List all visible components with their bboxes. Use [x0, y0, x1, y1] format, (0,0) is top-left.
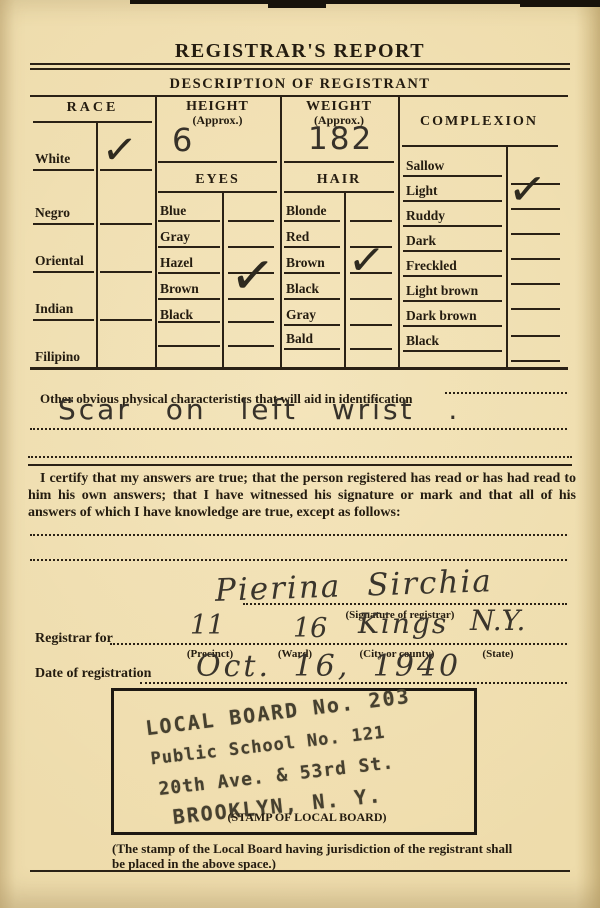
cell-underline — [228, 220, 274, 222]
race-option-oriental: Oriental — [35, 253, 84, 269]
cell-underline — [33, 271, 94, 273]
hair-option-blonde: Blonde — [286, 203, 327, 219]
page-title: REGISTRAR'S REPORT — [0, 40, 600, 63]
cell-underline — [350, 298, 392, 300]
height-value: 6 — [172, 124, 192, 156]
hair-option-gray: Gray — [286, 307, 316, 323]
complexion-option-ruddy: Ruddy — [406, 208, 445, 224]
table-rule — [30, 367, 568, 370]
cell-underline — [511, 258, 560, 260]
table-rule — [158, 191, 277, 193]
table-rule — [284, 161, 394, 163]
table-divider — [280, 95, 282, 369]
cell-underline — [511, 233, 560, 235]
certification-text: I certify that my answers are true; that… — [28, 470, 576, 521]
cell-underline — [403, 350, 502, 352]
checkmark-hair-brown: ✓ — [346, 242, 386, 279]
registrar-signature: Pierina Sirchia — [215, 566, 494, 607]
cell-underline — [403, 275, 502, 277]
cell-underline — [284, 220, 340, 222]
cell-underline — [350, 324, 392, 326]
section-title: DESCRIPTION OF REGISTRANT — [0, 76, 600, 93]
cell-underline — [350, 348, 392, 350]
dotted-separator — [28, 456, 572, 458]
complexion-option-freckled: Freckled — [406, 258, 457, 274]
cell-underline — [228, 321, 274, 323]
dotted-filler — [445, 392, 567, 394]
rule — [28, 464, 572, 466]
other-characteristics-value: Scar on left wrist . — [58, 396, 460, 424]
table-divider — [506, 147, 508, 369]
state-caption: (State) — [468, 648, 528, 660]
complexion-option-light-brown: Light brown — [406, 283, 478, 299]
race-header: RACE — [30, 100, 155, 116]
checkmark-complexion-light: ✓ — [506, 170, 548, 208]
cell-underline — [511, 360, 560, 362]
hair-option-black: Black — [286, 281, 319, 297]
hair-option-brown: Brown — [286, 255, 325, 271]
eyes-option-hazel: Hazel — [160, 255, 193, 271]
complexion-option-black: Black — [406, 333, 439, 349]
complexion-option-dark: Dark — [406, 233, 436, 249]
eyes-option-brown: Brown — [160, 281, 199, 297]
race-option-indian: Indian — [35, 301, 73, 317]
stamp-caption: (STAMP OF LOCAL BOARD) — [212, 810, 402, 825]
cell-underline — [284, 298, 340, 300]
city-value: Kings — [358, 610, 448, 638]
cell-underline — [511, 283, 560, 285]
state-value: N.Y. — [470, 607, 525, 635]
eyes-option-gray: Gray — [160, 229, 190, 245]
registrar-for-label: Registrar for — [35, 631, 113, 647]
bottom-rule — [30, 870, 570, 872]
cell-underline — [403, 325, 502, 327]
rule — [30, 63, 570, 65]
table-divider — [222, 193, 224, 369]
checkmark-race-white: ✓ — [100, 132, 138, 167]
cell-underline — [158, 246, 220, 248]
scan-edge-corner — [520, 0, 600, 7]
date-of-registration-value: Oct. 16, 1940 — [196, 652, 461, 682]
cell-underline — [33, 223, 94, 225]
race-option-negro: Negro — [35, 205, 70, 221]
complexion-header: COMPLEXION — [398, 114, 560, 130]
hair-option-bald: Bald — [286, 331, 313, 347]
table-rule — [158, 161, 277, 163]
table-divider — [96, 121, 98, 369]
cell-underline — [284, 348, 340, 350]
complexion-option-light: Light — [406, 183, 438, 199]
table-rule — [33, 121, 152, 123]
cell-underline — [284, 272, 340, 274]
footer-note: (The stamp of the Local Board having jur… — [112, 841, 514, 871]
cell-underline — [403, 225, 502, 227]
dotted-writing-line — [30, 534, 567, 536]
table-rule — [30, 95, 568, 97]
cell-underline — [158, 272, 220, 274]
cell-underline — [158, 345, 220, 347]
dotted-writing-line — [30, 428, 567, 430]
complexion-option-sallow: Sallow — [406, 158, 444, 174]
hair-option-red: Red — [286, 229, 309, 245]
table-rule — [402, 145, 558, 147]
eyes-option-blue: Blue — [160, 203, 186, 219]
dotted-writing-line — [30, 559, 567, 561]
cell-underline — [100, 271, 152, 273]
cell-underline — [403, 200, 502, 202]
scan-edge-blob — [268, 0, 326, 8]
rule — [30, 68, 570, 70]
race-option-white: White — [35, 151, 70, 167]
weight-value: 182 — [308, 124, 373, 155]
cell-underline — [158, 298, 220, 300]
cell-underline — [511, 335, 560, 337]
cell-underline — [403, 300, 502, 302]
cell-underline — [284, 324, 340, 326]
cell-underline — [100, 319, 152, 321]
registrar-report-card: REGISTRAR'S REPORT DESCRIPTION OF REGIST… — [0, 0, 600, 908]
race-option-filipino: Filipino — [35, 349, 80, 365]
ward-value: 16 — [293, 615, 327, 642]
cell-underline — [158, 321, 220, 323]
cell-underline — [33, 169, 94, 171]
eyes-header: EYES — [155, 172, 280, 188]
cell-underline — [511, 308, 560, 310]
hair-header: HAIR — [280, 172, 398, 188]
cell-underline — [284, 246, 340, 248]
cell-underline — [33, 319, 94, 321]
cell-underline — [350, 220, 392, 222]
precinct-value: 11 — [190, 612, 224, 639]
complexion-option-dark-brown: Dark brown — [406, 308, 477, 324]
cell-underline — [158, 220, 220, 222]
table-rule — [284, 191, 394, 193]
checkmark-eyes-brown: ✓ — [228, 254, 277, 299]
dotted-writing-line — [110, 643, 567, 645]
cell-underline — [403, 250, 502, 252]
cell-underline — [403, 175, 502, 177]
date-of-registration-label: Date of registration — [35, 666, 151, 682]
cell-underline — [228, 345, 274, 347]
cell-underline — [100, 223, 152, 225]
table-divider — [398, 95, 400, 369]
table-divider — [155, 95, 157, 369]
